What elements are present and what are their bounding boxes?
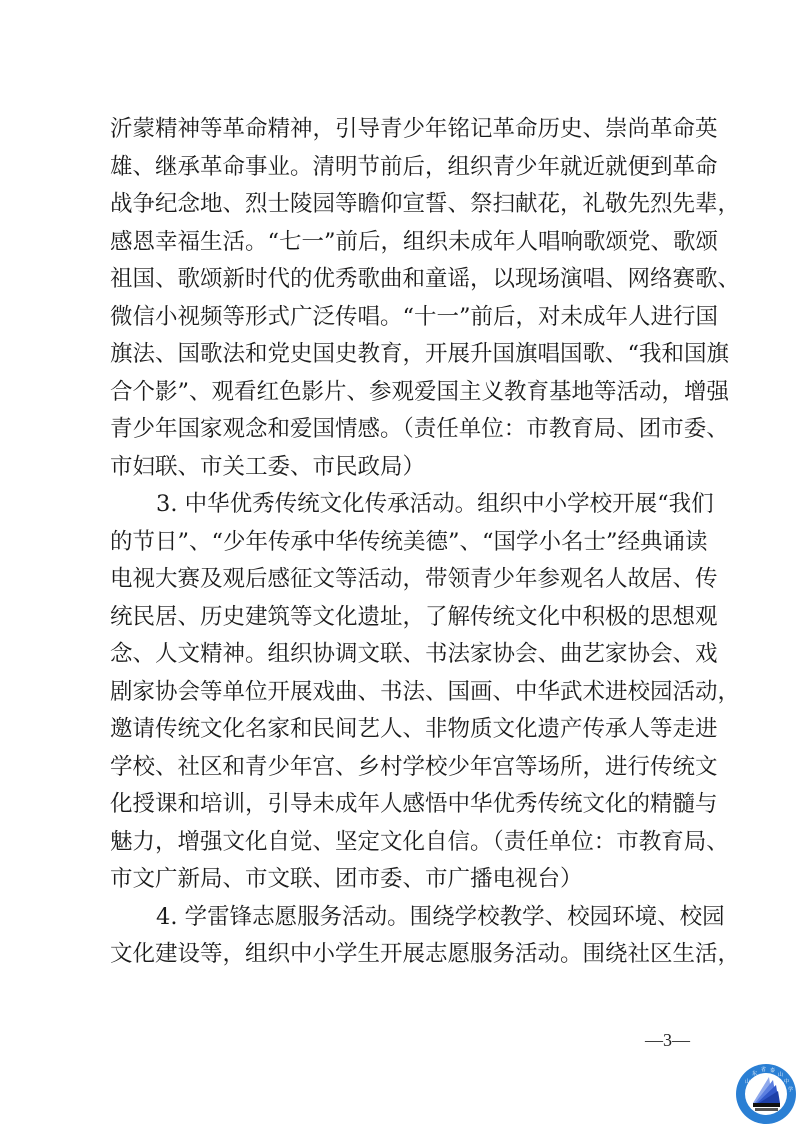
text-line: 学校、社区和青少年宫、乡村学校少年宫等场所，进行传统文 <box>110 749 694 787</box>
text-line: 剧家协会等单位开展戏曲、书法、国画、中华武术进校园活动， <box>110 674 694 712</box>
text-line: 沂蒙精神等革命精神，引导青少年铭记革命历史、崇尚革命英 <box>110 111 694 149</box>
page-number: —3— <box>645 1030 690 1051</box>
text-line: 4. 学雷锋志愿服务活动。围绕学校教学、校园环境、校园 <box>110 899 694 937</box>
text-line: 3. 中华优秀传统文化传承活动。组织中小学校开展“我们 <box>110 486 694 524</box>
text-line: 市文广新局、市文联、团市委、市广播电视台） <box>110 861 694 899</box>
text-line: 感恩幸福生活。“七一”前后，组织未成年人唱响歌颂党、歌颂 <box>110 224 694 262</box>
text-line: 魅力，增强文化自觉、坚定文化自信。（责任单位：市教育局、 <box>110 824 694 862</box>
text-line: 念、人文精神。组织协调文联、书法家协会、曲艺家协会、戏 <box>110 636 694 674</box>
document-page: 沂蒙精神等革命精神，引导青少年铭记革命历史、崇尚革命英雄、继承革命事业。清明节前… <box>0 0 800 1132</box>
text-line: 战争纪念地、烈士陵园等瞻仰宣誓、祭扫献花，礼敬先烈先辈， <box>110 186 694 224</box>
text-line: 微信小视频等形式广泛传唱。“十一”前后，对未成年人进行国 <box>110 299 694 337</box>
text-line: 的节日”、“少年传承中华传统美德”、“国学小名士”经典诵读 <box>110 524 694 562</box>
text-line: 邀请传统文化名家和民间艺人、非物质文化遗产传承人等走进 <box>110 711 694 749</box>
text-line: 祖国、歌颂新时代的优秀歌曲和童谣，以现场演唱、网络赛歌、 <box>110 261 694 299</box>
text-line: 文化建设等，组织中小学生开展志愿服务活动。围绕社区生活， <box>110 936 694 974</box>
text-line: 化授课和培训，引导未成年人感悟中华优秀传统文化的精髓与 <box>110 786 694 824</box>
text-line: 旗法、国歌法和党史国史教育，开展升国旗唱国歌、“我和国旗 <box>110 336 694 374</box>
text-line: 市妇联、市关工委、市民政局） <box>110 449 694 487</box>
text-line: 电视大赛及观后感征文等活动，带领青少年参观名人故居、传 <box>110 561 694 599</box>
text-line: 统民居、历史建筑等文化遗址，了解传统文化中积极的思想观 <box>110 599 694 637</box>
svg-text:学: 学 <box>788 1086 793 1093</box>
svg-text:山: 山 <box>778 1071 783 1078</box>
svg-text:中: 中 <box>784 1078 789 1085</box>
svg-text:东: 东 <box>752 1070 757 1077</box>
text-line: 青少年国家观念和爱国情感。（责任单位：市教育局、团市委、 <box>110 411 694 449</box>
svg-text:省: 省 <box>761 1066 766 1073</box>
svg-text:泰: 泰 <box>770 1067 775 1074</box>
text-line: 合个影”、观看红色影片、参观爱国主义教育基地等活动，增强 <box>110 374 694 412</box>
school-emblem-icon: 山 东 省 泰 山 中 学 <box>735 1063 797 1125</box>
text-line: 雄、继承革命事业。清明节前后，组织青少年就近就便到革命 <box>110 149 694 187</box>
svg-text:山: 山 <box>745 1078 750 1085</box>
document-body: 沂蒙精神等革命精神，引导青少年铭记革命历史、崇尚革命英雄、继承革命事业。清明节前… <box>110 111 694 974</box>
